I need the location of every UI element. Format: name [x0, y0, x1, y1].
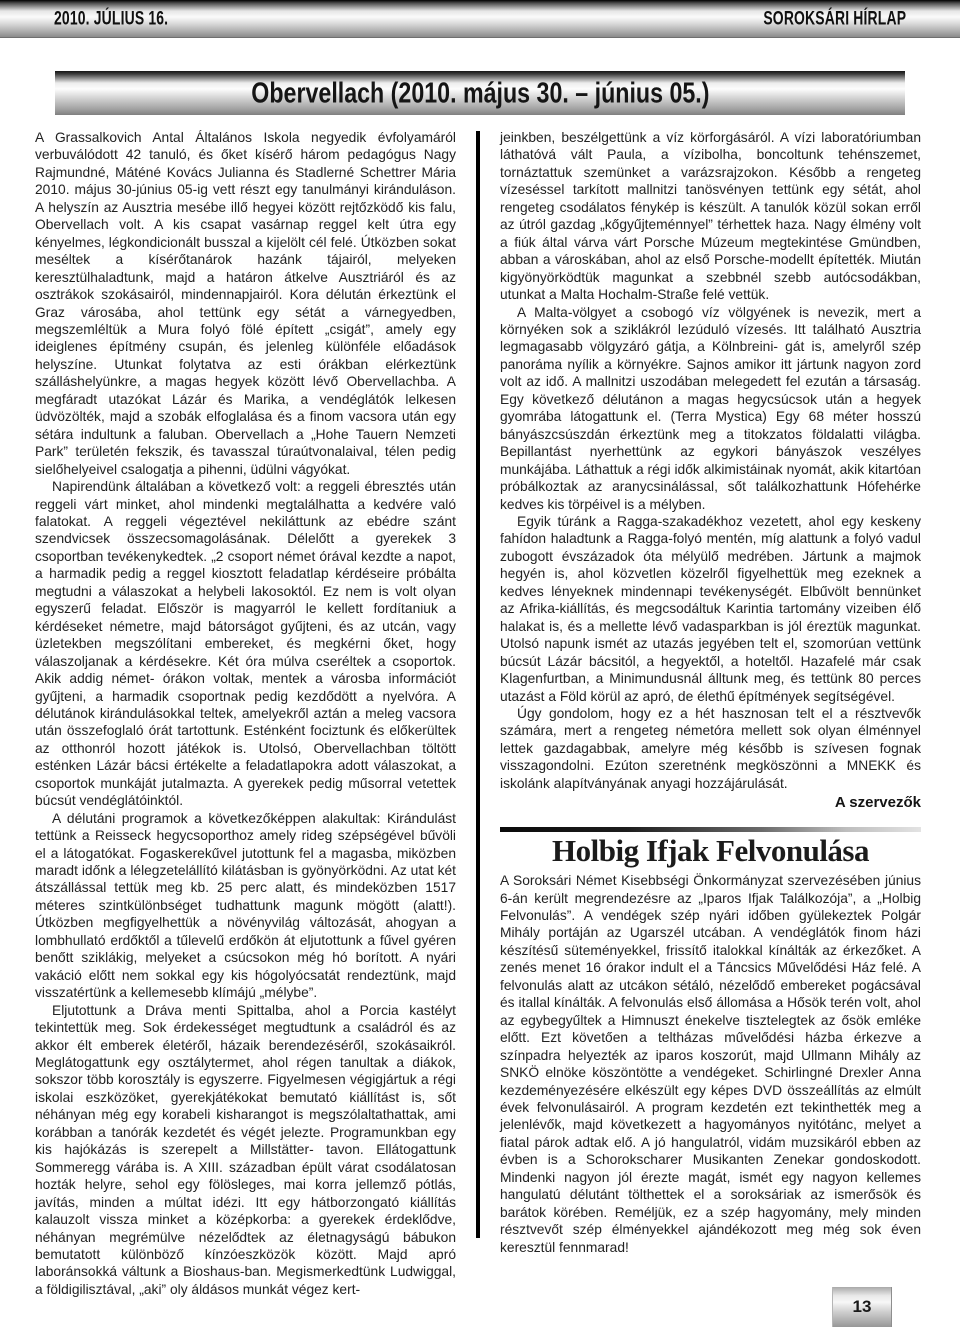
paragraph: Egyik túránk a Ragga-szakadékhoz vezetet… [500, 513, 921, 705]
column-gutter-left [456, 129, 476, 1298]
page-number: 13 [853, 1297, 872, 1317]
paragraph: Napirendünk általában a következő volt: … [35, 478, 456, 810]
article1-byline: A szervezők [500, 794, 921, 811]
column-gutter-right [480, 129, 500, 1298]
article2-title: Holbig Ifjak Felvonulása [500, 842, 921, 859]
right-column-paragraphs: jeinkben, beszélgettünk a víz körforgásá… [500, 129, 921, 792]
left-column: A Grassalkovich Antal Általános Iskola n… [35, 129, 456, 1298]
article2-paragraphs: A Soroksári Német Kisebbségi Önkormányza… [500, 872, 921, 1256]
page-number-box: 13 [832, 1287, 892, 1327]
article1-title: Obervellach (2010. május 30. – június 05… [251, 77, 709, 110]
paragraph: A Grassalkovich Antal Általános Iskola n… [35, 129, 456, 478]
paragraph: jeinkben, beszélgettünk a víz körforgásá… [500, 129, 921, 304]
paragraph: Eljutottunk a Dráva menti Spittalba, aho… [35, 1002, 456, 1299]
left-column-paragraphs: A Grassalkovich Antal Általános Iskola n… [35, 129, 456, 1298]
right-column: jeinkben, beszélgettünk a víz körforgásá… [500, 129, 921, 1298]
paragraph: Úgy gondolom, hogy ez a hét hasznosan te… [500, 705, 921, 792]
section-divider-rule [500, 827, 921, 832]
paragraph: A Soroksári Német Kisebbségi Önkormányza… [500, 872, 921, 1256]
masthead-bar: 2010. JÚLIUS 16. SOROKSÁRI HÍRLAP [0, 0, 960, 38]
paragraph: A délutáni programok a következőképpen a… [35, 810, 456, 1002]
newspaper-name: SOROKSÁRI HÍRLAP [763, 7, 906, 29]
article1-title-banner: Obervellach (2010. május 30. – június 05… [55, 71, 905, 115]
newspaper-page: 2010. JÚLIUS 16. SOROKSÁRI HÍRLAP Oberve… [0, 0, 960, 1327]
paragraph: A Malta-völgyet a csobogó víz völgyének … [500, 304, 921, 513]
article-body: A Grassalkovich Antal Általános Iskola n… [35, 129, 925, 1298]
issue-date: 2010. JÚLIUS 16. [54, 7, 168, 29]
